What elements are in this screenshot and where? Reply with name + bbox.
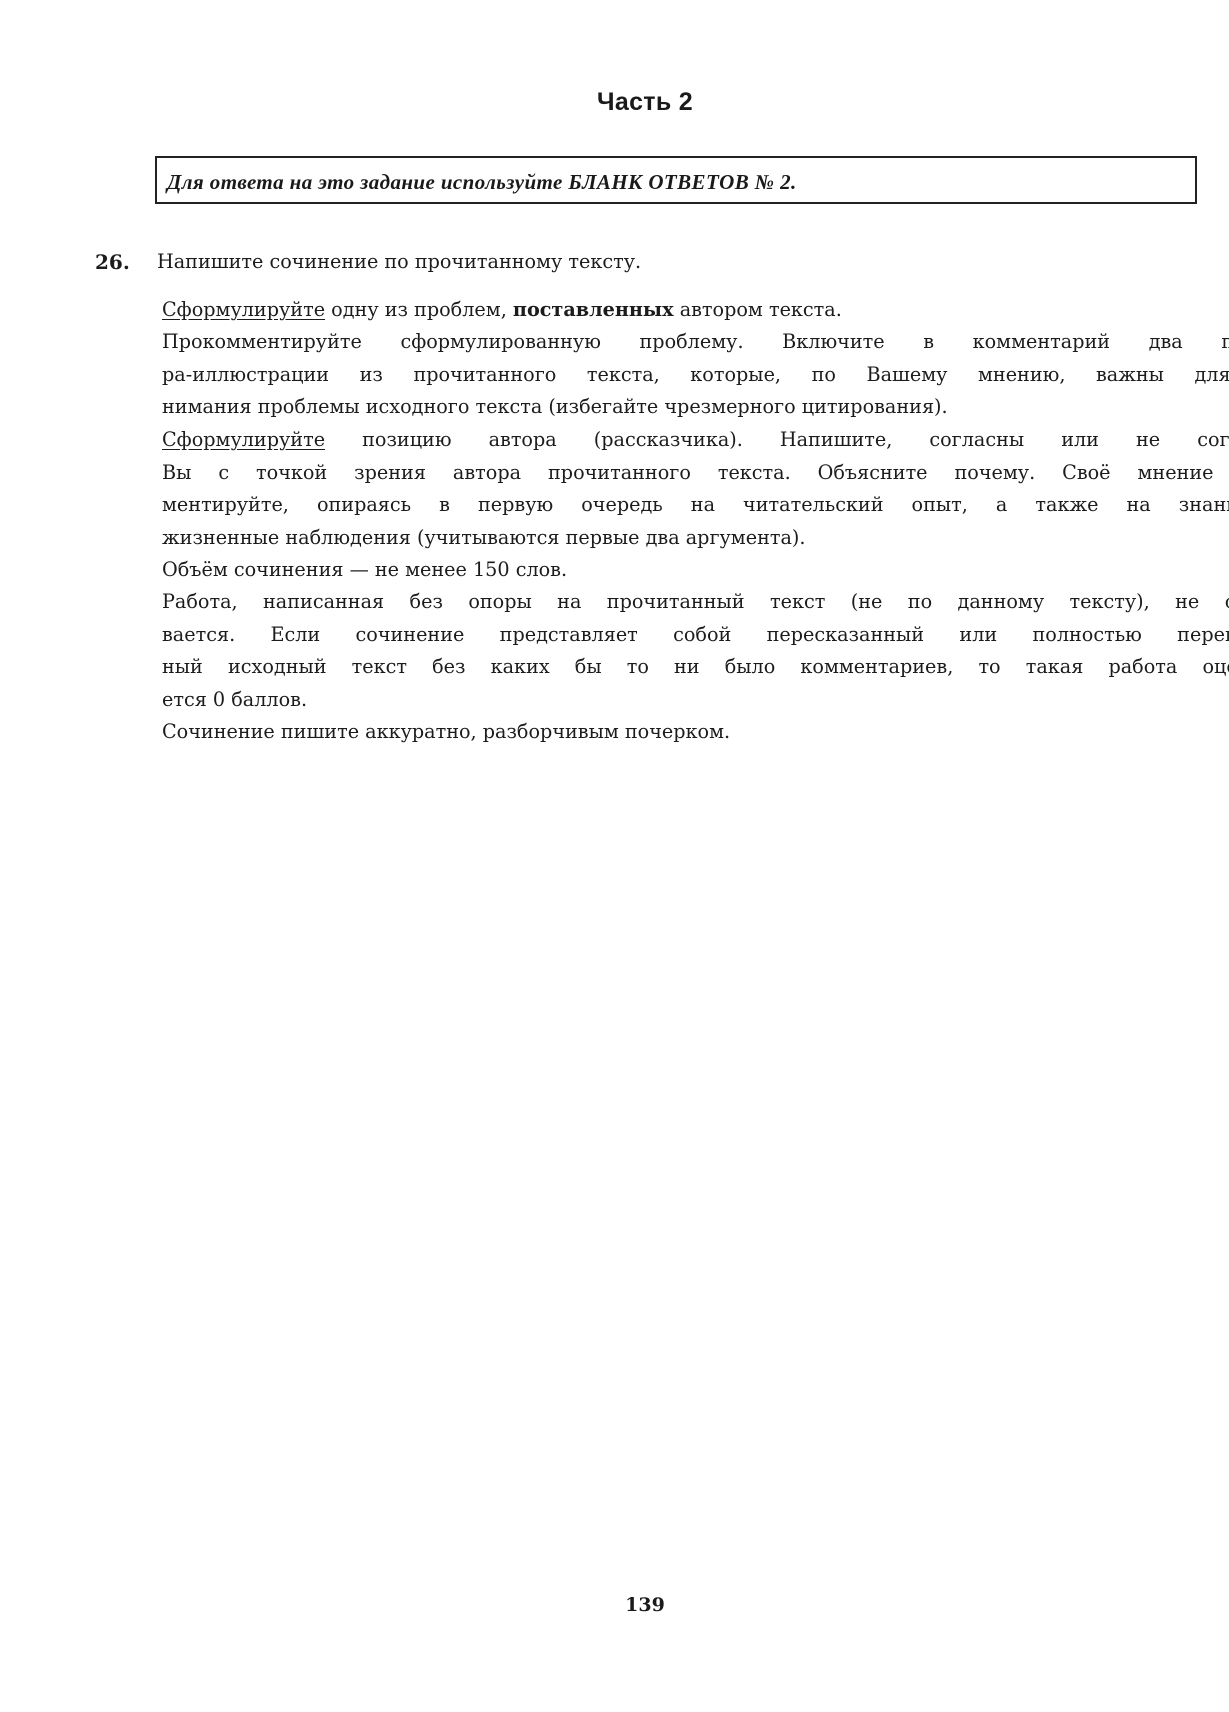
instruction-author-position: Сформулируйте позицию автора (рассказчик…	[162, 424, 1229, 554]
part-title: Часть 2	[0, 88, 1229, 117]
underlined-word: Сформулируйте	[162, 298, 325, 321]
task-number: 26.	[95, 250, 130, 274]
instruction-grading-rules: Работа, написанная без опоры на прочитан…	[162, 586, 1229, 716]
underlined-word: Сформулируйте	[162, 428, 325, 451]
instruction-comment: Прокомментируйте сформулированную пробле…	[162, 326, 1229, 424]
instruction-word-count: Объём сочинения — не менее 150 слов.	[162, 554, 1229, 587]
instruction-formulate-problem: Сформулируйте одну из проблем, поставлен…	[162, 294, 1229, 327]
page-number: 139	[0, 1594, 1229, 1616]
bold-word: поставленных	[513, 298, 674, 321]
instruction-handwriting: Сочинение пишите аккуратно, разборчивым …	[162, 716, 1229, 749]
task-lead: Напишите сочинение по прочитанному текст…	[157, 250, 641, 273]
answer-sheet-instruction-box: Для ответа на это задание используйте БЛ…	[155, 156, 1197, 204]
